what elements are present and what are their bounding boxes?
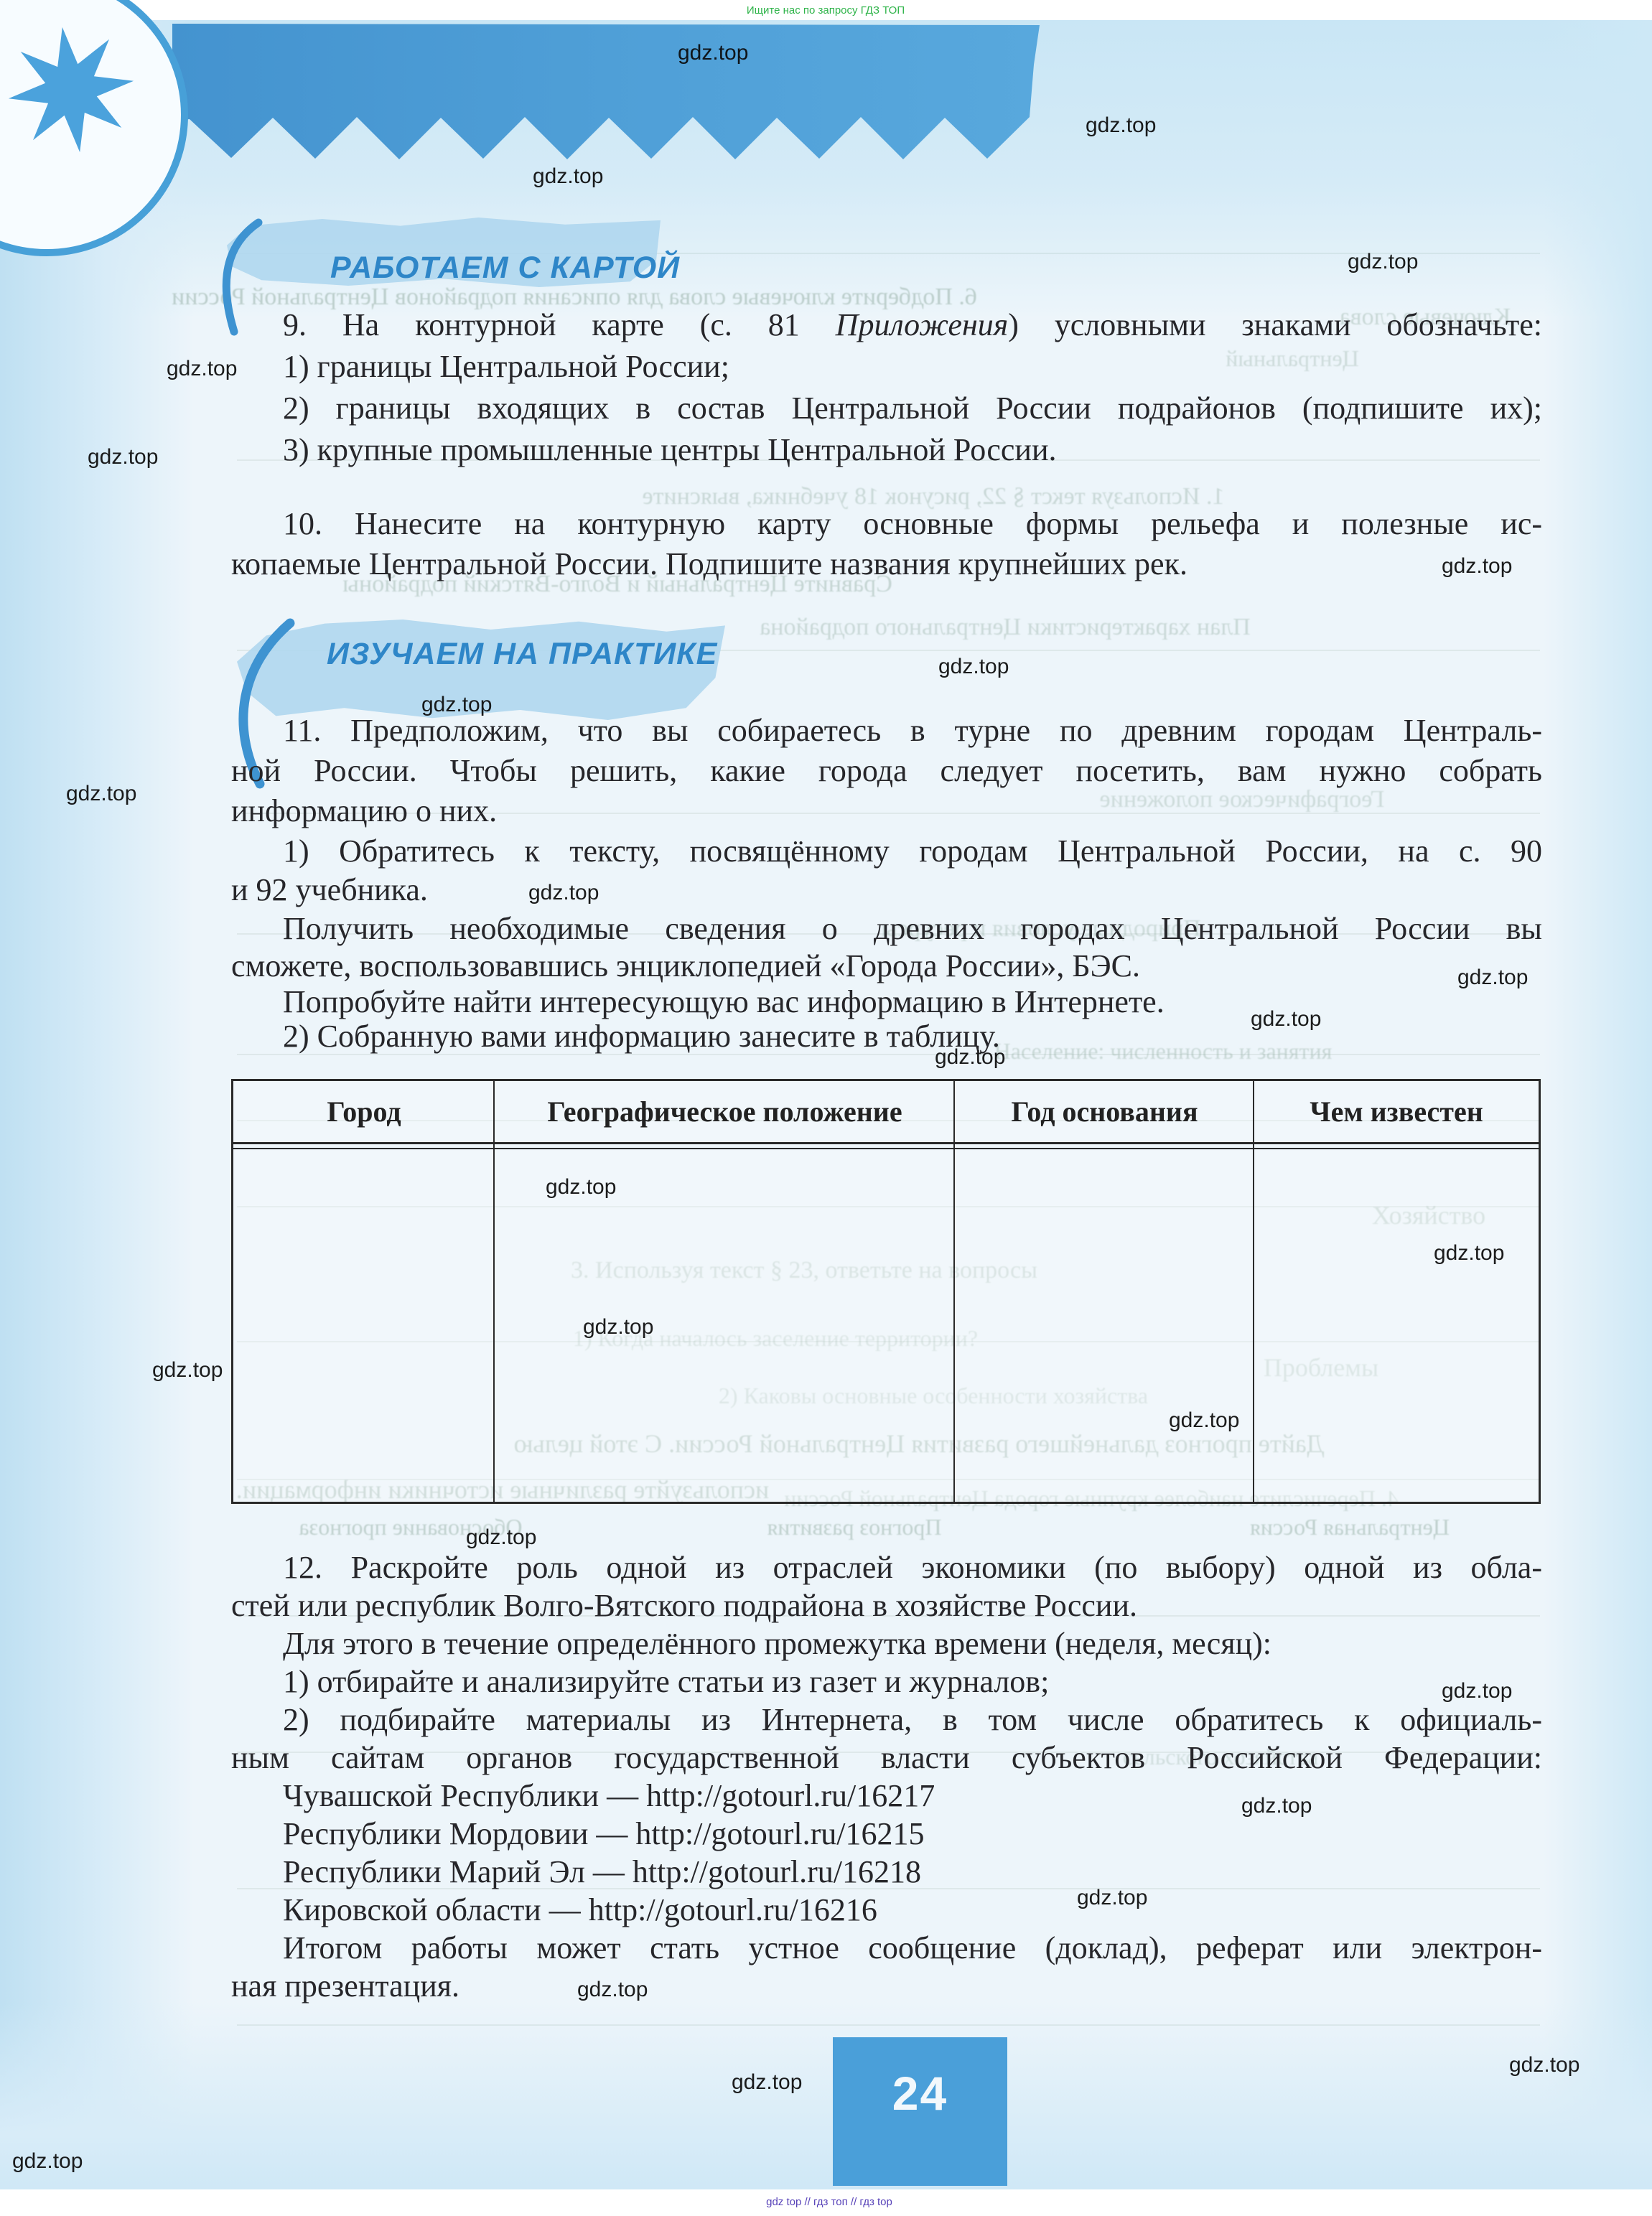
gdz-watermark: gdz.top: [1241, 1794, 1312, 1818]
task-text-line: 3) крупные промышленные центры Центральн…: [231, 428, 1542, 472]
task-text-line: и 92 учебника.: [231, 868, 1542, 912]
table-header-rule: [231, 1142, 1541, 1149]
gdz-watermark: gdz.top: [583, 1315, 653, 1340]
gdz-watermark: gdz.top: [678, 41, 748, 65]
task-text-line: ная презентация.: [231, 1964, 1542, 2009]
footer-site-tags: gdz top // гдз топ // гдз top: [704, 2196, 955, 2208]
table-header-city: Город: [233, 1081, 495, 1142]
table-header-foundation-year: Год основания: [955, 1081, 1254, 1142]
page-number: 24: [833, 2066, 1007, 2121]
gdz-watermark: gdz.top: [1077, 1886, 1147, 1910]
search-hint-note: Ищите нас по запросу ГДЗ ТОП: [704, 4, 948, 17]
gdz-watermark: gdz.top: [88, 445, 158, 469]
gdz-watermark: gdz.top: [421, 693, 492, 717]
task-text-line: 1) Обратитесь к тексту, посвящённому гор…: [231, 829, 1542, 874]
task-text-line: 2) границы входящих в состав Центральной…: [231, 386, 1542, 431]
gdz-watermark: gdz.top: [1442, 554, 1512, 579]
gdz-watermark: gdz.top: [12, 2149, 83, 2174]
section-header-rabotaem-s-kartoy: РАБОТАЕМ С КАРТОЙ: [330, 251, 680, 286]
gdz-watermark: gdz.top: [546, 1175, 616, 1200]
gdz-watermark: gdz.top: [732, 2070, 802, 2095]
task-text-line: копаемые Центральной России. Подпишите н…: [231, 542, 1542, 586]
gdz-watermark: gdz.top: [1251, 1007, 1321, 1032]
table-header-geo-position: Географическое положение: [495, 1081, 955, 1142]
task-text-line: 1) границы Центральной России;: [231, 345, 1542, 389]
table-header-known-for: Чем известен: [1254, 1081, 1539, 1142]
bleedthrough-streak: [237, 2024, 1540, 2026]
bottom-background-zone: [0, 2003, 1652, 2191]
task-text-line: информацию о них.: [231, 789, 1542, 833]
zigzag-band: [172, 24, 1040, 159]
sun-circle: [0, 0, 185, 253]
gdz-watermark: gdz.top: [1442, 1679, 1512, 1703]
gdz-watermark: gdz.top: [1457, 966, 1528, 990]
gdz-watermark: gdz.top: [152, 1358, 223, 1383]
gdz-watermark: gdz.top: [66, 782, 136, 806]
gdz-watermark: gdz.top: [1169, 1408, 1239, 1433]
task-text-line: 2) Собранную вами информацию занесите в …: [231, 1014, 1542, 1059]
scanned-workbook-page: Центральная Россия6. Подберите ключевые …: [0, 0, 1652, 2216]
gdz-watermark: gdz.top: [1434, 1241, 1504, 1266]
gdz-watermark: gdz.top: [1086, 113, 1156, 138]
section-header-izuchaem-na-praktike: ИЗУЧАЕМ НА ПРАКТИКЕ: [327, 637, 717, 672]
cities-table: Город Географическое положение Год основ…: [231, 1079, 1541, 1504]
bleedthrough-text: Центральная Россия: [1250, 1514, 1450, 1541]
gdz-watermark: gdz.top: [1348, 250, 1418, 274]
gdz-watermark: gdz.top: [528, 881, 599, 905]
gdz-watermark: gdz.top: [938, 655, 1009, 679]
task-text-line: ной России. Чтобы решить, какие города с…: [231, 749, 1542, 793]
gdz-watermark: gdz.top: [577, 1978, 648, 2002]
task-text-line: 10. Нанесите на контурную карту основные…: [231, 502, 1542, 546]
gdz-watermark: gdz.top: [533, 164, 603, 189]
gdz-watermark: gdz.top: [1509, 2053, 1579, 2077]
gdz-watermark: gdz.top: [466, 1525, 536, 1550]
gdz-watermark: gdz.top: [935, 1045, 1005, 1070]
bleedthrough-text: Прогноз развития: [767, 1514, 942, 1541]
gdz-watermark: gdz.top: [167, 357, 237, 381]
task-text-line: 9. На контурной карте (с. 81 Приложения)…: [231, 303, 1542, 347]
